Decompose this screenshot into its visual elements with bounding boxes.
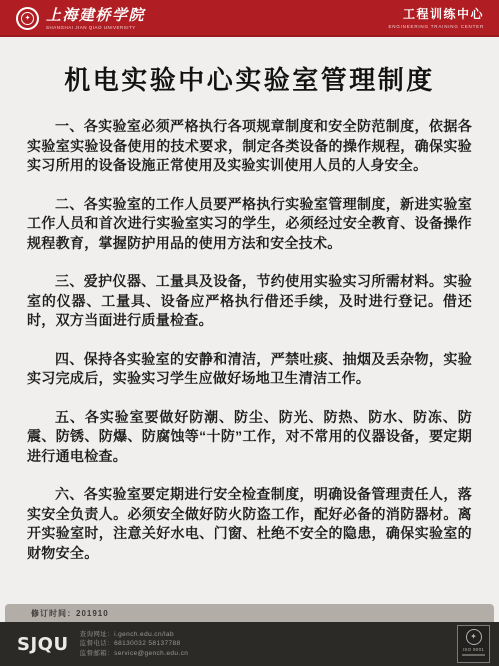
revision-text: 修订时间：201910 — [31, 608, 109, 619]
rule-item-1: 一、各实验室必须严格执行各项规章制度和安全防范制度，依据各实验室实验设备使用的技… — [27, 117, 472, 176]
content-area: 机电实验中心实验室管理制度 一、各实验室必须严格执行各项规章制度和安全防范制度，… — [0, 37, 499, 604]
university-brand: ✦ 上海建桥学院 SHANGHAI JIAN QIAO UNIVERSITY — [16, 7, 145, 30]
seal-emblem-icon: ✦ — [21, 12, 34, 25]
center-name-cn: 工程训练中心 — [403, 8, 484, 21]
footer-phone: 监督电话：68130032 58137788 — [80, 640, 189, 647]
sjqu-logo: SJQU — [17, 634, 69, 655]
center-name-en: ENGINEERING TRAINING CENTER — [388, 24, 484, 29]
rule-item-2: 二、各实验室的工作人员要严格执行实验室管理制度，新进实验室工作人员和首次进行实验… — [27, 195, 472, 254]
footer-bar: SJQU 查询网址：i.gench.edu.cn/lab 监督电话：681300… — [0, 622, 499, 666]
poster-page: ✦ 上海建桥学院 SHANGHAI JIAN QIAO UNIVERSITY 工… — [0, 0, 499, 666]
iso-badge-subtext-line — [462, 654, 485, 657]
revision-bar: 修订时间：201910 — [5, 604, 494, 622]
rule-item-3: 三、爱护仪器、工量具及设备，节约使用实验实习所需材料。实验室的仪器、工量具、设备… — [27, 272, 472, 331]
footer-email: 监督邮箱：service@gench.edu.cn — [80, 650, 189, 657]
footer-contact-block: 查询网址：i.gench.edu.cn/lab 监督电话：68130032 58… — [80, 631, 189, 656]
university-name-en: SHANGHAI JIAN QIAO UNIVERSITY — [46, 25, 145, 30]
header-bar: ✦ 上海建桥学院 SHANGHAI JIAN QIAO UNIVERSITY 工… — [0, 0, 499, 37]
university-name-cn: 上海建桥学院 — [46, 7, 145, 24]
rule-item-6: 六、各实验室要定期进行安全检查制度，明确设备管理责任人，落实安全负责人。必须安全… — [27, 485, 472, 563]
center-name-block: 工程训练中心 ENGINEERING TRAINING CENTER — [388, 8, 484, 28]
rule-item-5: 五、各实验室要做好防潮、防尘、防光、防热、防水、防冻、防震、防锈、防爆、防腐蚀等… — [27, 408, 472, 467]
page-title: 机电实验中心实验室管理制度 — [27, 60, 472, 97]
university-name-block: 上海建桥学院 SHANGHAI JIAN QIAO UNIVERSITY — [46, 7, 145, 30]
university-seal-icon: ✦ — [16, 7, 39, 30]
iso-badge-label: ISO 9001 — [463, 647, 484, 652]
rule-item-4: 四、保持各实验室的安静和清洁，严禁吐痰、抽烟及丢杂物，实验实习完成后，实验实习学… — [27, 350, 472, 389]
footer-website: 查询网址：i.gench.edu.cn/lab — [80, 631, 189, 638]
iso-certification-badge: ✦ ISO 9001 — [457, 625, 490, 663]
iso-emblem-icon: ✦ — [466, 629, 482, 645]
